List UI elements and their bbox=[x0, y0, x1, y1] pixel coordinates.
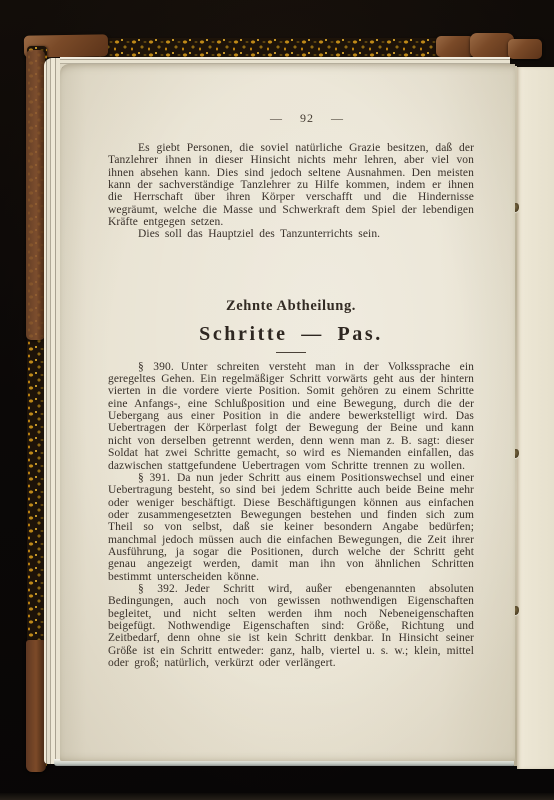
page-number: — 92 — bbox=[124, 111, 490, 125]
section-text: Da nun jeder Schritt aus einem Positions… bbox=[108, 472, 474, 583]
leather-spine-bump bbox=[436, 36, 474, 57]
leather-edge-left-top bbox=[26, 50, 45, 340]
leather-corner-bottom-left bbox=[26, 640, 46, 772]
section-heading: Zehnte Abtheilung. bbox=[108, 298, 474, 315]
text-column: — 92 — Es giebt Personen, die soviel nat… bbox=[108, 64, 474, 669]
book-photo: — 92 — Es giebt Personen, die soviel nat… bbox=[0, 0, 554, 800]
book-page: — 92 — Es giebt Personen, die soviel nat… bbox=[60, 64, 515, 761]
section-text: Unter schreiten versteht man in der Volk… bbox=[108, 361, 474, 472]
section-paragraph: § 391.Da nun jeder Schritt aus einem Pos… bbox=[108, 472, 474, 583]
section-text: Jeder Schritt wird, außer ebengenannten … bbox=[108, 583, 474, 669]
body-sections: § 390.Unter schreiten versteht man in de… bbox=[108, 361, 474, 670]
section-ref: § 390. bbox=[138, 361, 181, 373]
intro-closing-line: Dies soll das Hauptziel des Tanzunterric… bbox=[108, 228, 474, 240]
section-paragraph: § 392.Jeder Schritt wird, außer ebengena… bbox=[108, 583, 474, 669]
section-paragraph: § 390.Unter schreiten versteht man in de… bbox=[108, 361, 474, 472]
section-ref: § 392. bbox=[138, 583, 185, 595]
leather-spine-bump bbox=[508, 39, 542, 59]
heading-rule bbox=[276, 352, 306, 353]
intro-paragraph: Es giebt Personen, die soviel natürliche… bbox=[108, 142, 474, 228]
backdrop-bottom-edge bbox=[0, 793, 554, 800]
facing-page-sliver bbox=[517, 67, 554, 769]
section-ref: § 391. bbox=[138, 472, 177, 484]
chapter-title: Schritte — Pas. bbox=[108, 322, 474, 346]
